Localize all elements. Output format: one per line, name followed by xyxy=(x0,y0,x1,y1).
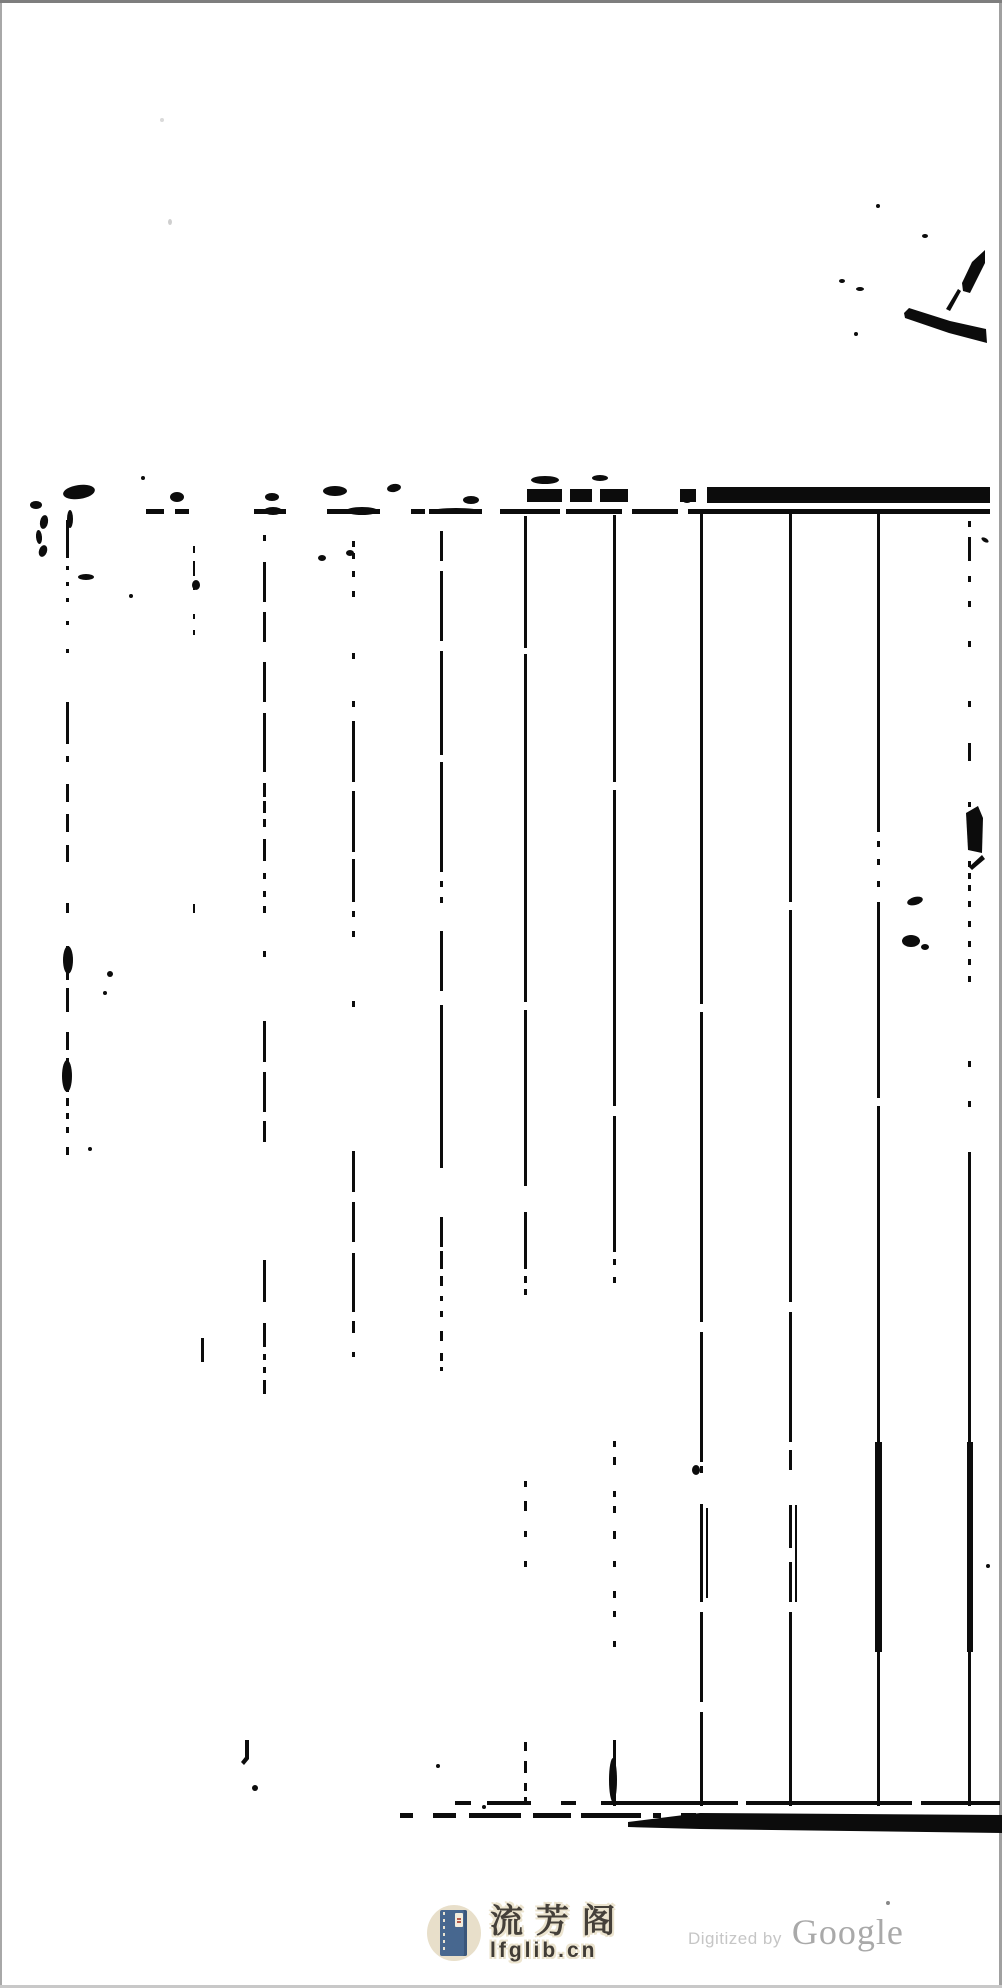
google-logo: Google xyxy=(792,1914,904,1950)
lfglib-logo-circle xyxy=(427,1905,481,1961)
page-ink-ruling xyxy=(0,0,1002,1988)
lfglib-name-cn: 流芳阁 xyxy=(490,1905,628,1939)
scanned-book-page: 流芳阁 lfglib.cn Digitized by Google xyxy=(0,0,1002,1988)
lfglib-domain: lfglib.cn xyxy=(490,1940,628,1962)
digitized-by-label: Digitized by xyxy=(688,1929,782,1949)
book-stitch-decoration xyxy=(443,1912,445,1954)
lfglib-watermark: 流芳阁 lfglib.cn xyxy=(427,1905,628,1962)
lfglib-watermark-text: 流芳阁 lfglib.cn xyxy=(490,1905,628,1962)
thread-bound-book-icon xyxy=(440,1910,467,1956)
google-watermark: Digitized by Google xyxy=(688,1914,904,1950)
book-title-slip xyxy=(455,1913,463,1927)
